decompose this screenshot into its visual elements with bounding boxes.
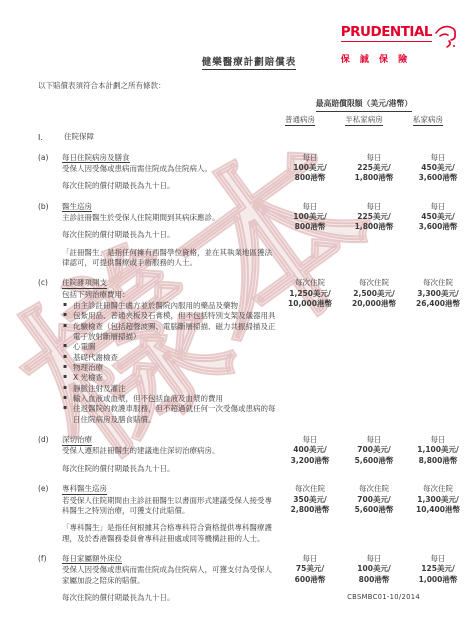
value-private: 每次住院3,300美元/26,400港幣: [406, 278, 470, 425]
document-page: 樣本 PRUDENTIAL 保 誠 保 險 健樂醫療計劃賠償表: [0, 0, 474, 632]
item-marker: (b): [38, 202, 62, 269]
item-values: 每日100美元/800港幣 每日225美元/1,800港幣 每日450美元/3,…: [278, 153, 470, 192]
list-item: 往返醫院的救護車服務，但不超過就任何一次受傷或患病的每日住院病房及膳食賠償。: [73, 404, 278, 425]
intro-text: 以下賠償表須符合本計劃之所有條款：: [38, 81, 460, 91]
item-note: 每次住院的償付期最長為九十日。: [62, 230, 278, 240]
benefit-limits-header: 最高賠償限額（美元/港幣） 普通病房 半私家病房 私家病房: [268, 99, 460, 125]
covered-expenses-list: 由主診註冊醫生處方並於醫院內服用的藥品及藥物 包紮用品、普通夾板及石膏模，但不包…: [62, 301, 278, 425]
item-description: 受保人遵照註冊醫生的建議進住深切治療病房。: [62, 446, 278, 456]
item-note: 每次住院的償付期最長為九十日。: [62, 593, 278, 603]
item-description: 受保人因受傷或患病而需住院成為住院病人，可獲支付為受保人家屬加設之陪床的賠償。: [62, 565, 278, 586]
list-item: 心電圖: [73, 342, 278, 352]
benefit-item-d: (d) 深切治療 受保人遵照註冊醫生的建議進住深切治療病房。 每次住院的償付期最…: [38, 435, 460, 474]
item-description: 主診註冊醫生於受保人住院期間到其病床應診。: [62, 213, 278, 223]
value-private: 每次住院1,300美元/10,400港幣: [406, 484, 470, 544]
value-private: 每日1,100美元/8,800港幣: [406, 435, 470, 474]
item-values: 每日100美元/800港幣 每日225美元/1,800港幣 每日450美元/3,…: [278, 202, 470, 269]
item-marker: (c): [38, 278, 62, 425]
value-semi-private: 每日225美元/1,800港幣: [342, 153, 406, 192]
benefit-item-e: (e) 專科醫生巡房 若受保人住院期間由主診註冊醫生以書面形式建議受保人接受專科…: [38, 484, 460, 544]
item-marker: (e): [38, 484, 62, 544]
value-ward: 每日100美元/800港幣: [278, 153, 342, 192]
item-title: 專科醫生巡房: [62, 484, 107, 495]
specialist-definition: 「專科醫生」是指任何根據其合格專科符合資格提供專科醫療護理，及於香港醫務委員會專…: [62, 523, 278, 544]
item-note: 每次住院的償付期最長為九十日。: [62, 181, 278, 191]
item-description: 受保人因受傷或患病而需住院成為住院病人。: [62, 164, 278, 174]
max-benefit-header: 最高賠償限額（美元/港幣）: [316, 99, 412, 112]
value-ward: 每次住院1,250美元/10,000港幣: [278, 278, 342, 425]
list-item: 由主診註冊醫生處方並於醫院內服用的藥品及藥物: [73, 301, 278, 311]
value-ward: 每日75美元/600港幣: [278, 554, 342, 603]
page-title: 健樂醫療計劃賠償表: [202, 57, 297, 70]
value-ward: 每日100美元/800港幣: [278, 202, 342, 269]
list-item: 靜脈注射及灌注: [73, 384, 278, 394]
list-item: 包紮用品、普通夾板及石膏模，但不包括特別支架及儀器用具: [73, 311, 278, 321]
item-title: 每日住院病房及膳食: [62, 153, 130, 164]
section-hospitalization: I. 住院保障: [38, 132, 460, 143]
item-values: 每日400美元/3,200港幣 每日700美元/5,600港幣 每日1,100美…: [278, 435, 470, 474]
list-item: 基礎代謝檢查: [73, 353, 278, 363]
item-values: 每次住院1,250美元/10,000港幣 每次住院2,500美元/20,000港…: [278, 278, 470, 425]
value-semi-private: 每次住院700美元/5,600港幣: [342, 484, 406, 544]
item-marker: (f): [38, 554, 62, 603]
list-item: 輸入血液或血漿，但不包括血液及血漿的費用: [73, 394, 278, 404]
value-ward: 每日400美元/3,200港幣: [278, 435, 342, 474]
section-title: 住院保障: [64, 132, 94, 143]
section-numeral: I.: [38, 132, 62, 143]
column-header-private: 私家病房: [396, 115, 460, 125]
item-values: 每次住院350美元/2,800港幣 每次住院700美元/5,600港幣 每次住院…: [278, 484, 470, 544]
column-header-ward: 普通病房: [268, 115, 332, 125]
brand-wordmark: PRUDENTIAL: [341, 26, 432, 42]
item-description: 若受保人住院期間由主診註冊醫生以書面形式建議受保人接受專科醫生之特別治療，可獲支…: [62, 496, 278, 517]
item-title: 深切治療: [62, 435, 92, 446]
item-marker: (d): [38, 435, 62, 474]
value-semi-private: 每日225美元/1,800港幣: [342, 202, 406, 269]
document-code: CBSMBC01-10/2014: [347, 593, 420, 602]
item-title: 醫生巡房: [62, 202, 92, 213]
item-note: 每次住院的償付期最長為九十日。: [62, 464, 278, 474]
list-item: X 光檢查: [73, 373, 278, 383]
item-description: 包括下列治療費用：: [62, 290, 278, 300]
registered-doctor-definition: 「註冊醫生」是指任何擁有西醫學位資格，並在其執業地區獲法律認可，可提供醫療或手術…: [62, 248, 278, 269]
benefit-item-a: (a) 每日住院病房及膳食 受保人因受傷或患病而需住院成為住院病人。 每次住院的…: [38, 153, 460, 192]
item-marker: (a): [38, 153, 62, 192]
benefit-item-b: (b) 醫生巡房 主診註冊醫生於受保人住院期間到其病床應診。 每次住院的償付期最…: [38, 202, 460, 269]
item-title: 住院雜項開支: [62, 278, 107, 289]
benefit-item-c: (c) 住院雜項開支 包括下列治療費用： 由主診註冊醫生處方並於醫院內服用的藥品…: [38, 278, 460, 425]
list-item: 物理治療: [73, 363, 278, 373]
value-private: 每日450美元/3,600港幣: [406, 202, 470, 269]
list-item: 化驗檢查（包括超聲波圖、電腦斷層掃描、磁力共振掃描及正電子放射斷層掃描）: [73, 322, 278, 343]
value-semi-private: 每日700美元/5,600港幣: [342, 435, 406, 474]
column-header-semi-private: 半私家病房: [332, 115, 396, 125]
item-title: 每日家屬額外床位: [62, 554, 122, 565]
prudence-face-icon: [434, 23, 458, 52]
value-private: 每日450美元/3,600港幣: [406, 153, 470, 192]
value-semi-private: 每次住院2,500美元/20,000港幣: [342, 278, 406, 425]
value-ward: 每次住院350美元/2,800港幣: [278, 484, 342, 544]
